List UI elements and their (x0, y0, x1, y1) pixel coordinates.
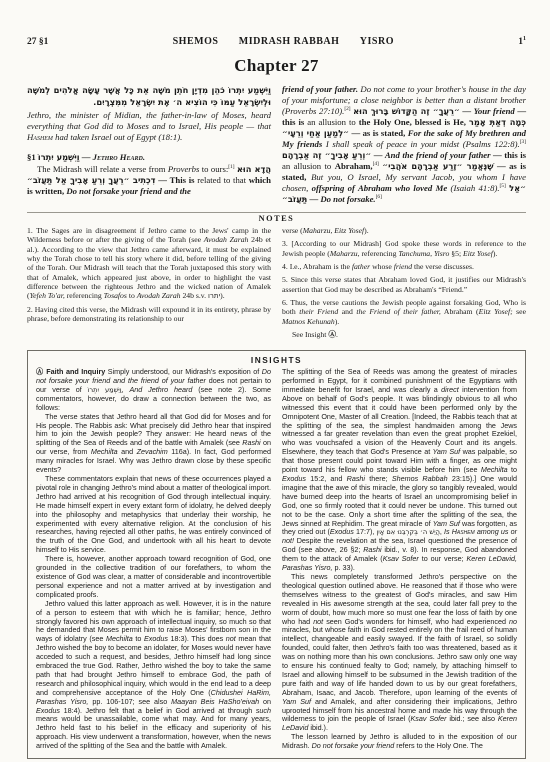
running-head-parshah: YISRO (360, 36, 394, 47)
note-4: 4. I.e., Abraham is the father whose fri… (282, 262, 526, 271)
section-heading: §1 וַיִּשְׁמַע יִתְרוֹ — Jethro Heard. (27, 152, 271, 163)
insight-paragraph: The lesson learned by Jethro is alluded … (282, 733, 517, 751)
insight-paragraph: There is, however, another approach towa… (36, 555, 271, 600)
notes-divider (27, 212, 526, 213)
running-head: SHEMOS MIDRASH RABBAH YISRO (164, 36, 403, 47)
insight-paragraph: The verse states that Jethro heard all t… (36, 413, 271, 475)
chapter-title: Chapter 27 (27, 56, 526, 76)
page-number: 11 (518, 36, 526, 47)
note-6: 6. Thus, the verse cautions the Jewish p… (282, 298, 526, 326)
note-3: 3. [According to our Midrash] God spoke … (282, 239, 526, 258)
hebrew-verse: וַיִּשְׁמַע יִתְרוֹ כֹהֵן מִדְיָן חֹתֵן … (27, 84, 271, 108)
note-5: 5. Since this verse states that Abraham … (282, 275, 526, 294)
running-head-series: MIDRASH RABBAH (239, 36, 340, 47)
midrash-paragraph-continued: friend of your father. Do not come to yo… (282, 84, 526, 205)
running-head-book: SHEMOS (173, 36, 219, 47)
insight-paragraph: Ⓐ Faith and Inquiry Simply understood, o… (36, 368, 271, 413)
insight-paragraph: The splitting of the Sea of Reeds was am… (282, 368, 517, 573)
notes-section: 1. The Sages are in disagreement if Jeth… (27, 226, 526, 343)
note-2-continued: verse (Maharzu, Eitz Yosef). (282, 226, 526, 235)
book-page: 27 §1 SHEMOS MIDRASH RABBAH YISRO 11 Cha… (0, 0, 550, 762)
page-header: 27 §1 SHEMOS MIDRASH RABBAH YISRO 11 (27, 36, 526, 47)
note-2: 2. Having cited this verse, the Midrash … (27, 305, 271, 324)
insights-section: INSIGHTS Ⓐ Faith and Inquiry Simply unde… (27, 350, 526, 759)
main-text: וַיִּשְׁמַע יִתְרוֹ כֹהֵן מִדְיָן חֹתֵן … (27, 84, 526, 205)
insights-columns: Ⓐ Faith and Inquiry Simply understood, o… (36, 368, 517, 751)
notes-right-column: verse (Maharzu, Eitz Yosef). 3. [Accordi… (282, 226, 526, 343)
insights-left-column: Ⓐ Faith and Inquiry Simply understood, o… (36, 368, 271, 751)
insights-heading: INSIGHTS (36, 355, 517, 365)
page-number-superscript: 1 (523, 36, 526, 42)
section-reference: 27 §1 (27, 37, 48, 47)
notes-heading: NOTES (27, 214, 526, 223)
insight-paragraph: These commentators explain that news of … (36, 475, 271, 555)
insight-paragraph: This news completely transformed Jethro'… (282, 573, 517, 733)
verse-translation: Jethro, the minister of Midian, the fath… (27, 110, 271, 143)
midrash-paragraph: The Midrash will relate a verse from Pro… (27, 164, 271, 197)
insight-paragraph: Jethro valued this latter approach as we… (36, 600, 271, 751)
note-insight-reference: See Insight Ⓐ. (282, 330, 526, 339)
insights-right-column: The splitting of the Sea of Reeds was am… (282, 368, 517, 751)
main-left-column: וַיִּשְׁמַע יִתְרוֹ כֹהֵן מִדְיָן חֹתֵן … (27, 84, 271, 205)
note-1: 1. The Sages are in disagreement if Jeth… (27, 226, 271, 300)
notes-left-column: 1. The Sages are in disagreement if Jeth… (27, 226, 271, 343)
main-right-column: friend of your father. Do not come to yo… (282, 84, 526, 205)
